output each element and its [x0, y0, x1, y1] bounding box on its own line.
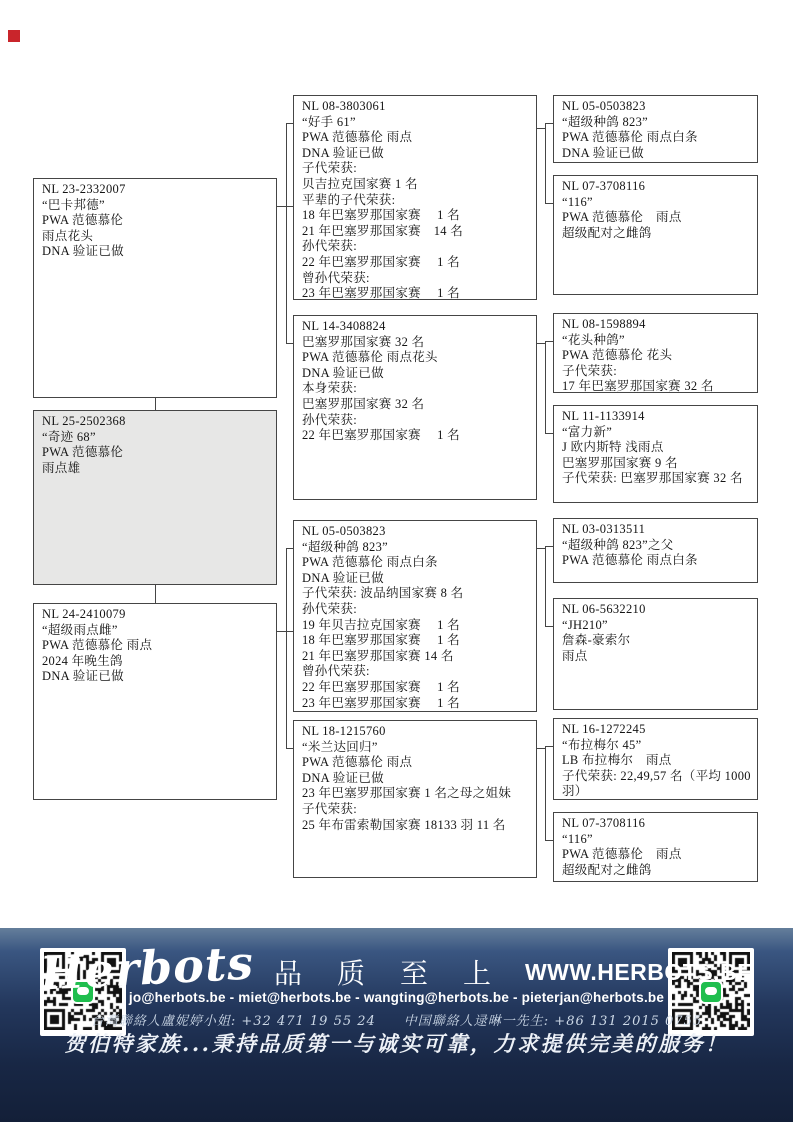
quality-slogan: 品 质 至 上 [274, 944, 505, 992]
pedigree-text-line: 曾孙代荣获: [302, 664, 530, 680]
pedigree-text-line: 子代荣获: 波品纳国家赛 8 名 [302, 586, 530, 602]
pedigree-text-line: DNA 验证已做 [42, 669, 270, 685]
connector-line [155, 398, 156, 410]
pedigree-text-line: “超级种鸽 823” [562, 115, 751, 131]
pedigree-text-line: 平辈的子代荣获: [302, 193, 530, 209]
pedigree-text-line: “超级种鸽 823” [302, 540, 530, 556]
pedigree-text-line: J 欧内斯特 浅雨点 [562, 440, 751, 456]
connector-line [537, 548, 545, 549]
pedigree-text-line: “JH210” [562, 618, 751, 634]
connector-line [286, 123, 293, 124]
red-placeholder-square [8, 30, 20, 42]
pedigree-text-line: 17 年巴塞罗那国家赛 32 名 [562, 379, 751, 393]
pedigree-text-line: “好手 61” [302, 115, 530, 131]
pedigree-text-line: DNA 验证已做 [302, 771, 530, 787]
connector-line [286, 748, 293, 749]
pedigree-text-line: 超级配对之雌鸽 [562, 863, 751, 879]
pedigree-text-line: 23 年巴塞罗那国家赛 1 名 [302, 696, 530, 712]
pedigree-text-line: 雨点 [562, 649, 751, 665]
connector-line [545, 433, 553, 434]
connector-line [545, 123, 553, 124]
pedigree-box-grandsire-1: NL 08-3803061“好手 61”PWA 范德慕伦 雨点DNA 验证已做子… [293, 95, 537, 300]
pedigree-text-line: NL 16-1272245 [562, 722, 751, 738]
pedigree-text-line: 子代荣获: [302, 802, 530, 818]
pedigree-text-line: 22 年巴塞罗那国家赛 1 名 [302, 428, 530, 444]
pedigree-box-sire: NL 23-2332007“巴卡邦德”PWA 范德慕伦雨点花头DNA 验证已做 [33, 178, 277, 398]
pedigree-text-line: 子代荣获: 巴塞罗那国家赛 32 名 [562, 471, 751, 487]
connector-line [545, 203, 553, 204]
pedigree-text-line: NL 05-0503823 [302, 524, 530, 540]
pedigree-text-line: 23 年巴塞罗那国家赛 1 名之母之姐妹 [302, 786, 530, 802]
pedigree-text-line: 子代荣获: 22,49,57 名（平均 1000 羽） [562, 769, 751, 800]
pedigree-text-line: PWA 范德慕伦 雨点 [562, 847, 751, 863]
pedigree-text-line: 本身荣获: [302, 381, 530, 397]
pedigree-text-line: PWA 范德慕伦 雨点白条 [562, 553, 751, 569]
pedigree-box-ggparent-7: NL 16-1272245“布拉梅尔 45”LB 布拉梅尔 雨点子代荣获: 22… [553, 718, 758, 800]
pedigree-text-line: NL 24-2410079 [42, 607, 270, 623]
pedigree-text-line: LB 布拉梅尔 雨点 [562, 753, 751, 769]
footer-band: Herbots 品 质 至 上 WWW.HERBOTS.BE jo@herbot… [0, 928, 793, 1122]
pedigree-text-line: 巴塞罗那国家赛 32 名 [302, 397, 530, 413]
pedigree-text-line: 21 年巴塞罗那国家赛 14 名 [302, 224, 530, 240]
pedigree-text-line: “超级种鸽 823”之父 [562, 538, 751, 554]
pedigree-text-line: PWA 范德慕伦 [42, 445, 270, 461]
brand-row: Herbots 品 质 至 上 WWW.HERBOTS.BE [130, 942, 663, 994]
connector-line [286, 548, 293, 549]
connector-line [545, 546, 553, 547]
pedigree-text-line: 18 年巴塞罗那国家赛 1 名 [302, 633, 530, 649]
pedigree-text-line: NL 08-3803061 [302, 99, 530, 115]
pedigree-text-line: “花头种鸽” [562, 333, 751, 349]
pedigree-text-line: “116” [562, 832, 751, 848]
pedigree-text-line: DNA 验证已做 [302, 571, 530, 587]
pedigree-text-line: 贝吉拉克国家赛 1 名 [302, 177, 530, 193]
pedigree-text-line: 子代荣获: [562, 364, 751, 380]
pedigree-text-line: 19 年贝吉拉克国家赛 1 名 [302, 618, 530, 634]
pedigree-text-line: 巴塞罗那国家赛 32 名 [302, 335, 530, 351]
pedigree-text-line: PWA 范德慕伦 [42, 213, 270, 229]
connector-line [545, 546, 546, 627]
pedigree-text-line: “巴卡邦德” [42, 198, 270, 214]
pedigree-text-line: 25 年布雷索勒国家赛 18133 羽 11 名 [302, 818, 530, 834]
pedigree-text-line: 孙代荣获: [302, 602, 530, 618]
pedigree-text-line: “富力新” [562, 425, 751, 441]
pedigree-text-line: 曾孙代荣获: [302, 271, 530, 287]
pedigree-text-line: PWA 范德慕伦 雨点 [562, 210, 751, 226]
pedigree-text-line: “116” [562, 195, 751, 211]
pedigree-text-line: PWA 范德慕伦 雨点白条 [302, 555, 530, 571]
pedigree-text-line: PWA 范德慕伦 雨点 [302, 130, 530, 146]
pedigree-box-granddam-2: NL 18-1215760“米兰达回归”PWA 范德慕伦 雨点DNA 验证已做2… [293, 720, 537, 878]
pedigree-box-ggparent-3: NL 08-1598894“花头种鸽”PWA 范德慕伦 花头子代荣获:17 年巴… [553, 313, 758, 393]
pedigree-text-line: “超级雨点雌” [42, 623, 270, 639]
pedigree-text-line: “米兰达回归” [302, 740, 530, 756]
pedigree-text-line: NL 23-2332007 [42, 182, 270, 198]
connector-line [545, 123, 546, 204]
footer-tagline: 贺伯特家族...秉持品质第一与诚实可靠，力求提供完美的服务！ [0, 1028, 793, 1058]
connector-line [545, 746, 553, 747]
pedigree-text-line: “布拉梅尔 45” [562, 738, 751, 754]
connector-line [537, 748, 545, 749]
pedigree-text-line: DNA 验证已做 [42, 244, 270, 260]
connector-line [286, 123, 287, 344]
pedigree-text-line: 22 年巴塞罗那国家赛 1 名 [302, 255, 530, 271]
pedigree-text-line: 孙代荣获: [302, 413, 530, 429]
connector-line [537, 128, 545, 129]
connector-line [155, 585, 156, 603]
pedigree-text-line: 18 年巴塞罗那国家赛 1 名 [302, 208, 530, 224]
pedigree-text-line: DNA 验证已做 [302, 146, 530, 162]
pedigree-box-ggparent-1: NL 05-0503823“超级种鸽 823”PWA 范德慕伦 雨点白条DNA … [553, 95, 758, 163]
pedigree-text-line: PWA 范德慕伦 雨点白条 [562, 130, 751, 146]
pedigree-box-ggparent-4: NL 11-1133914“富力新”J 欧内斯特 浅雨点巴塞罗那国家赛 9 名子… [553, 405, 758, 503]
pedigree-text-line: NL 14-3408824 [302, 319, 530, 335]
pedigree-text-line: NL 07-3708116 [562, 179, 751, 195]
pedigree-box-grandsire-2: NL 05-0503823“超级种鸽 823”PWA 范德慕伦 雨点白条DNA … [293, 520, 537, 712]
connector-line [277, 631, 293, 632]
website-url: WWW.HERBOTS.BE [525, 951, 753, 986]
pedigree-text-line: 巴塞罗那国家赛 9 名 [562, 456, 751, 472]
pedigree-box-subject: NL 25-2502368“奇迹 68”PWA 范德慕伦雨点雄 [33, 410, 277, 585]
connector-line [545, 746, 546, 841]
pedigree-text-line: DNA 验证已做 [302, 366, 530, 382]
email-addresses: jo@herbots.be - miet@herbots.be - wangti… [0, 990, 793, 1005]
pedigree-text-line: NL 11-1133914 [562, 409, 751, 425]
pedigree-text-line: PWA 范德慕伦 花头 [562, 348, 751, 364]
pedigree-box-ggparent-5: NL 03-0313511“超级种鸽 823”之父PWA 范德慕伦 雨点白条 [553, 518, 758, 583]
pedigree-text-line: PWA 范德慕伦 雨点 [42, 638, 270, 654]
pedigree-text-line: 2024 年晚生鸽 [42, 654, 270, 670]
pedigree-text-line: 詹森-豪索尔 [562, 633, 751, 649]
pedigree-text-line: NL 25-2502368 [42, 414, 270, 430]
connector-line [277, 206, 293, 207]
pedigree-text-line: 孙代荣获: [302, 239, 530, 255]
pedigree-text-line: NL 06-5632210 [562, 602, 751, 618]
connector-line [545, 840, 553, 841]
pedigree-text-line: “奇迹 68” [42, 430, 270, 446]
herbots-logo: Herbots [39, 939, 255, 996]
pedigree-text-line: 雨点雄 [42, 461, 270, 477]
pedigree-text-line: NL 05-0503823 [562, 99, 751, 115]
pedigree-text-line: 23 年巴塞罗那国家赛 1 名 [302, 286, 530, 300]
pedigree-text-line: NL 08-1598894 [562, 317, 751, 333]
connector-line [286, 548, 287, 749]
pedigree-text-line: NL 07-3708116 [562, 816, 751, 832]
pedigree-box-ggparent-8: NL 07-3708116“116”PWA 范德慕伦 雨点超级配对之雌鸽 [553, 812, 758, 882]
pedigree-text-line: 22 年巴塞罗那国家赛 1 名 [302, 680, 530, 696]
pedigree-text-line: 21 年巴塞罗那国家赛 14 名 [302, 649, 530, 665]
pedigree-text-line: DNA 验证已做 [562, 146, 751, 162]
connector-line [286, 343, 293, 344]
pedigree-text-line: 雨点花头 [42, 229, 270, 245]
pedigree-text-line: 超级配对之雌鸽 [562, 226, 751, 242]
pedigree-box-granddam-1: NL 14-3408824巴塞罗那国家赛 32 名PWA 范德慕伦 雨点花头DN… [293, 315, 537, 500]
pedigree-text-line: NL 03-0313511 [562, 522, 751, 538]
pedigree-box-ggparent-6: NL 06-5632210“JH210”詹森-豪索尔雨点 [553, 598, 758, 710]
pedigree-text-line: NL 18-1215760 [302, 724, 530, 740]
pedigree-box-dam: NL 24-2410079“超级雨点雌”PWA 范德慕伦 雨点2024 年晚生鸽… [33, 603, 277, 800]
connector-line [545, 341, 553, 342]
pedigree-text-line: PWA 范德慕伦 雨点 [302, 755, 530, 771]
pedigree-text-line: PWA 范德慕伦 雨点花头 [302, 350, 530, 366]
pedigree-text-line: 子代荣获: [302, 161, 530, 177]
contact-phones: 台灣聯絡人盧妮婷小姐: +32 471 19 55 24 中国聯絡人逯晽一先生:… [0, 1010, 793, 1029]
connector-line [545, 341, 546, 434]
connector-line [545, 626, 553, 627]
pedigree-box-ggparent-2: NL 07-3708116“116”PWA 范德慕伦 雨点超级配对之雌鸽 [553, 175, 758, 295]
connector-line [537, 343, 545, 344]
